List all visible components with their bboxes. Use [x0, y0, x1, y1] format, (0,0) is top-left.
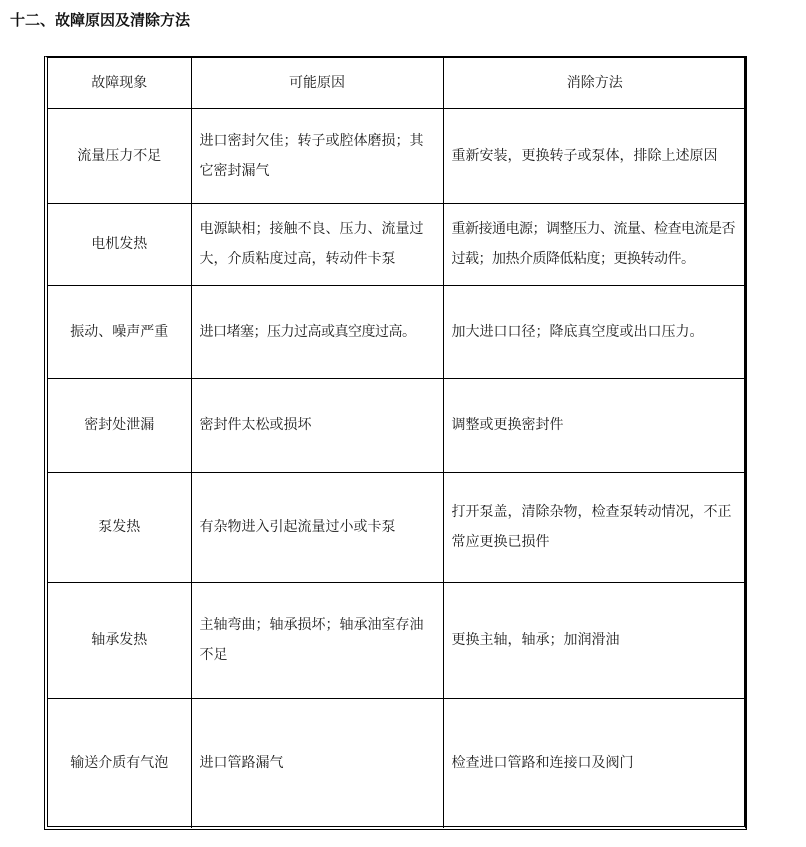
fix-cell: 打开泵盖，清除杂物，检查泵转动情况，不正常应更换已损件 [443, 472, 746, 582]
cause-cell: 电源缺相；接触不良、压力、流量过大，介质粘度过高，转动件卡泵 [191, 203, 443, 285]
table-row: 泵发热 有杂物进入引起流量过小或卡泵 打开泵盖，清除杂物，检查泵转动情况，不正常… [48, 472, 746, 582]
table-row: 电机发热 电源缺相；接触不良、压力、流量过大，介质粘度过高，转动件卡泵 重新接通… [48, 203, 746, 285]
cause-cell: 进口堵塞；压力过高或真空度过高。 [191, 285, 443, 378]
fix-cell: 调整或更换密封件 [443, 378, 746, 472]
symptom-cell: 输送介质有气泡 [48, 698, 191, 828]
cause-cell: 主轴弯曲；轴承损坏；轴承油室存油不足 [191, 582, 443, 698]
symptom-cell: 振动、噪声严重 [48, 285, 191, 378]
symptom-cell: 流量压力不足 [48, 108, 191, 203]
fix-cell: 更换主轴，轴承；加润滑油 [443, 582, 746, 698]
troubleshooting-table-frame: 故障现象 可能原因 消除方法 流量压力不足 进口密封欠佳；转子或腔体磨损；其它密… [44, 56, 747, 830]
symptom-cell: 轴承发热 [48, 582, 191, 698]
cause-cell: 进口管路漏气 [191, 698, 443, 828]
header-fix: 消除方法 [443, 58, 746, 108]
symptom-cell: 电机发热 [48, 203, 191, 285]
symptom-cell: 密封处泄漏 [48, 378, 191, 472]
table-row: 振动、噪声严重 进口堵塞；压力过高或真空度过高。 加大进口口径；降底真空度或出口… [48, 285, 746, 378]
section-heading: 十二、故障原因及清除方法 [10, 9, 190, 30]
fix-cell: 重新接通电源；调整压力、流量、检查电流是否过载；加热介质降低粘度；更换转动件。 [443, 203, 746, 285]
header-symptom: 故障现象 [48, 58, 191, 108]
fix-cell: 加大进口口径；降底真空度或出口压力。 [443, 285, 746, 378]
fix-cell: 检查进口管路和连接口及阀门 [443, 698, 746, 828]
cause-cell: 密封件太松或损坏 [191, 378, 443, 472]
troubleshooting-table: 故障现象 可能原因 消除方法 流量压力不足 进口密封欠佳；转子或腔体磨损；其它密… [48, 58, 746, 828]
cause-cell: 进口密封欠佳；转子或腔体磨损；其它密封漏气 [191, 108, 443, 203]
table-row: 轴承发热 主轴弯曲；轴承损坏；轴承油室存油不足 更换主轴，轴承；加润滑油 [48, 582, 746, 698]
cause-cell: 有杂物进入引起流量过小或卡泵 [191, 472, 443, 582]
table-row: 流量压力不足 进口密封欠佳；转子或腔体磨损；其它密封漏气 重新安装，更换转子或泵… [48, 108, 746, 203]
header-cause: 可能原因 [191, 58, 443, 108]
fix-cell: 重新安装，更换转子或泵体，排除上述原因 [443, 108, 746, 203]
table-row: 密封处泄漏 密封件太松或损坏 调整或更换密封件 [48, 378, 746, 472]
table-row: 输送介质有气泡 进口管路漏气 检查进口管路和连接口及阀门 [48, 698, 746, 828]
table-header-row: 故障现象 可能原因 消除方法 [48, 58, 746, 108]
symptom-cell: 泵发热 [48, 472, 191, 582]
